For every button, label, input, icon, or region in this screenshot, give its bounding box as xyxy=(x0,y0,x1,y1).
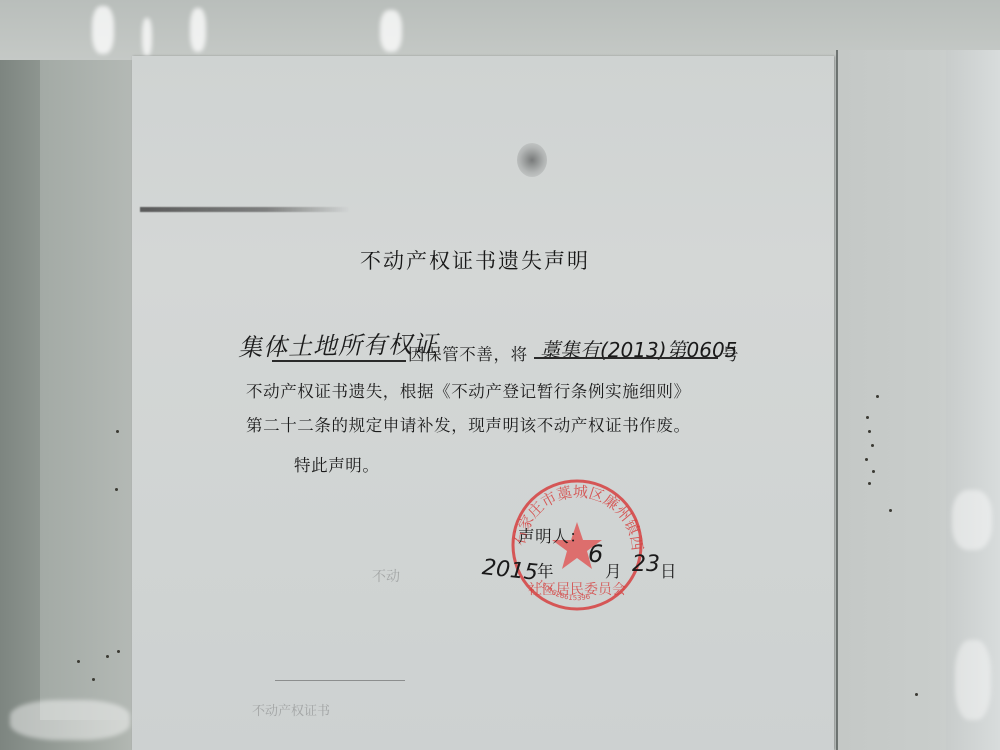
faded-bottom-text: 不动产权证书 xyxy=(252,700,330,719)
handwritten-month: 6 xyxy=(588,540,603,568)
stain-speck xyxy=(876,395,879,398)
text-after-type: 因保管不善，将 xyxy=(408,341,528,365)
day-label: 日 xyxy=(660,558,677,582)
stain-speck xyxy=(889,509,892,512)
year-label: 年 xyxy=(537,558,554,582)
light-glare xyxy=(142,18,152,56)
faded-ghost-text: 不动 xyxy=(372,566,400,586)
light-glare xyxy=(10,700,130,740)
stain-speck xyxy=(92,678,95,681)
notice-body-line-2: 不动产权证书遗失，根据《不动产登记暂行条例实施细则》 xyxy=(246,378,691,402)
stain-speck xyxy=(117,650,120,653)
light-glare xyxy=(952,490,992,550)
light-glare xyxy=(955,640,991,720)
fill-in-underline xyxy=(534,357,718,359)
light-glare xyxy=(380,10,402,52)
stain-speck xyxy=(866,416,869,419)
faded-line xyxy=(275,680,405,681)
ink-smudge xyxy=(517,143,547,177)
stain-speck xyxy=(115,488,118,491)
text-number-suffix: 号 xyxy=(722,341,739,365)
light-glare xyxy=(190,8,206,52)
stain-speck xyxy=(868,430,871,433)
notice-body-line-3: 第二十二条的规定申请补发，现声明该不动产权证书作废。 xyxy=(246,412,691,436)
stain-speck xyxy=(116,430,119,433)
stain-speck xyxy=(865,458,868,461)
declarant-label: 声明人： xyxy=(518,523,586,547)
notice-closing: 特此声明。 xyxy=(294,452,380,476)
stain-speck xyxy=(872,470,875,473)
handwritten-day: 23 xyxy=(632,552,660,577)
stain-speck xyxy=(106,655,109,658)
notice-title: 不动产权证书遗失声明 xyxy=(360,245,590,275)
toner-streak xyxy=(140,207,350,212)
fill-in-underline xyxy=(272,360,406,362)
notice-paper xyxy=(132,56,834,750)
stain-speck xyxy=(77,660,80,663)
stain-speck xyxy=(868,482,871,485)
light-glare xyxy=(92,6,114,54)
handwritten-certificate-number: 藁集有(2013)第0605 xyxy=(540,334,737,363)
stain-speck xyxy=(915,693,918,696)
stain-speck xyxy=(871,444,874,447)
month-label: 月 xyxy=(605,558,622,582)
